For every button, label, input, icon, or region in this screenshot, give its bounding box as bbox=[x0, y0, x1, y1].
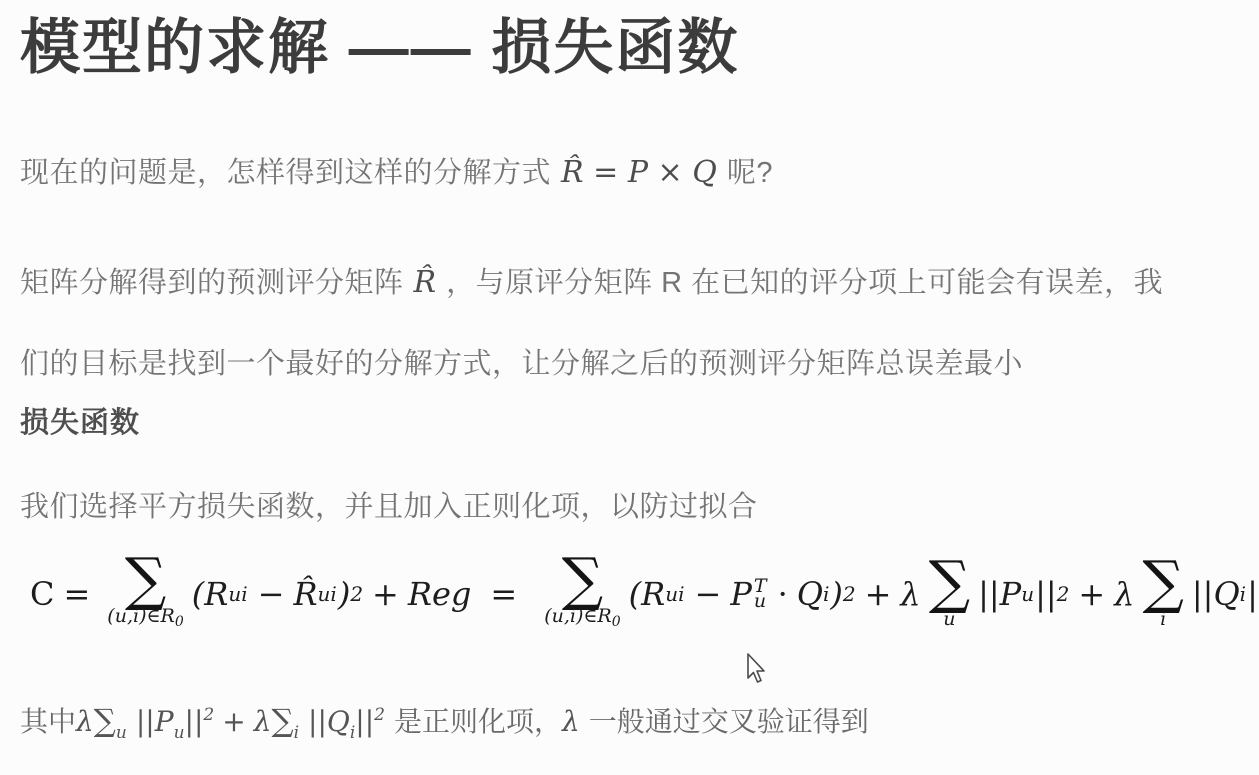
math-token-plus: + bbox=[372, 575, 399, 613]
math-token-C: C bbox=[30, 575, 54, 613]
paragraph-loss-choice: 我们选择平方损失函数，并且加入正则化项，以防过拟合 bbox=[20, 484, 758, 525]
math-token-minus: − bbox=[258, 575, 285, 613]
limit-subscript: 0 bbox=[612, 614, 621, 630]
math-token-plus: + bbox=[1078, 575, 1105, 613]
math-subscript-u: u bbox=[754, 594, 766, 609]
paragraph-question: 现在的问题是，怎样得到这样的分解方式R̂ = P × Q呢? bbox=[20, 150, 773, 191]
paragraph-explanation-part3: 们的目标是找到一个最好的分解方式，让分解之后的预测评分矩阵总误差最小 bbox=[20, 348, 1023, 380]
math-superscript-2: 2 bbox=[1057, 582, 1070, 606]
math-token-lambda: λ bbox=[562, 705, 580, 738]
sigma-icon: ∑ bbox=[562, 554, 603, 604]
math-token-normP: ||P bbox=[978, 575, 1021, 613]
math-token-P: P bbox=[730, 575, 752, 613]
math-token-equals: = bbox=[63, 575, 90, 613]
mouse-cursor-icon bbox=[744, 652, 768, 686]
math-token-close: ) bbox=[830, 575, 842, 613]
math-subscript-i: i bbox=[1240, 582, 1246, 606]
math-token-normclose: || bbox=[355, 705, 374, 738]
limit-base: (u,i)∈R bbox=[107, 605, 175, 627]
sigma-icon: ∑ bbox=[271, 703, 293, 739]
inline-formula-rpq: R̂ = P × Q bbox=[561, 155, 717, 190]
note-text: 其中 bbox=[20, 706, 76, 737]
math-subscript-u: u bbox=[1021, 582, 1034, 606]
math-superscript-2: 2 bbox=[374, 705, 385, 725]
math-superscript-2: 2 bbox=[843, 582, 856, 606]
paragraph-explanation: 矩阵分解得到的预测评分矩阵R̂，与原评分矩阵 R 在已知的评分项上可能会有误差，… bbox=[20, 242, 1252, 405]
math-token-lambda: λ bbox=[76, 705, 94, 738]
math-supsub-P: Tu bbox=[754, 579, 767, 609]
sigma-icon: ∑ bbox=[1142, 557, 1183, 607]
loss-formula: C = ∑ (u,i)∈R0 (Rui − R̂ui )2 + Reg = ∑ … bbox=[30, 554, 1259, 633]
math-token-openR: (R bbox=[629, 575, 666, 613]
math-token-lambda: λ bbox=[1114, 575, 1134, 613]
math-token-lambda: λ bbox=[900, 575, 920, 613]
slide-title: 模型的求解 —— 损失函数 bbox=[20, 8, 739, 88]
summation-3-limit: u bbox=[943, 608, 955, 630]
math-subscript-ui: ui bbox=[318, 582, 337, 606]
math-subscript-i: i bbox=[294, 723, 299, 743]
summation-3: ∑ u bbox=[929, 557, 970, 630]
math-token-Q: Q bbox=[797, 575, 823, 613]
sigma-icon: ∑ bbox=[929, 557, 970, 607]
note-text: 是正则化项， bbox=[394, 706, 562, 737]
math-token-normclose: || bbox=[1035, 575, 1057, 613]
math-subscript-ui: ui bbox=[228, 582, 247, 606]
paragraph-question-text: 现在的问题是，怎样得到这样的分解方式 bbox=[20, 157, 551, 189]
paragraph-explanation-part2: ，与原评分矩阵 R 在已知的评分项上可能会有误差，我 bbox=[446, 267, 1163, 299]
slide-canvas: 模型的求解 —— 损失函数 现在的问题是，怎样得到这样的分解方式R̂ = P ×… bbox=[0, 0, 1259, 775]
math-token-normQ: ||Q bbox=[1192, 575, 1240, 613]
math-superscript-2: 2 bbox=[203, 705, 214, 725]
math-token-reg: Reg bbox=[408, 575, 472, 613]
sigma-icon: ∑ bbox=[125, 554, 166, 604]
math-token-close: ) bbox=[338, 575, 350, 613]
summation-4-limit: i bbox=[1160, 608, 1166, 630]
math-token-openR: (R bbox=[192, 575, 229, 613]
math-token-equals: = bbox=[490, 575, 517, 613]
math-token-Rhat: R̂ bbox=[293, 575, 317, 613]
inline-r-hat: R̂ bbox=[414, 265, 437, 300]
summation-1-limit: (u,i)∈R0 bbox=[107, 605, 183, 633]
paragraph-regularization-note: 其中λ∑u||Pu||2+λ∑i||Qi||2是正则化项，λ一般通过交叉验证得到 bbox=[20, 700, 869, 743]
summation-2-limit: (u,i)∈R0 bbox=[544, 605, 620, 633]
math-subscript-u: u bbox=[174, 723, 185, 743]
math-superscript-2: 2 bbox=[350, 582, 363, 606]
math-token-normQ: ||Q bbox=[308, 705, 350, 738]
sigma-icon: ∑ bbox=[94, 703, 116, 739]
math-token-lambda: λ bbox=[254, 705, 272, 738]
math-token-plus: + bbox=[865, 575, 892, 613]
limit-subscript: 0 bbox=[175, 614, 184, 630]
math-subscript-i: i bbox=[823, 582, 829, 606]
math-token-normclose: || bbox=[185, 705, 204, 738]
section-heading-loss-function: 损失函数 bbox=[20, 400, 140, 441]
summation-4: ∑ i bbox=[1142, 557, 1183, 630]
math-token-plus: + bbox=[222, 705, 245, 738]
summation-1: ∑ (u,i)∈R0 bbox=[107, 554, 183, 633]
note-text: 一般通过交叉验证得到 bbox=[589, 706, 869, 737]
math-token-cdot: · bbox=[778, 575, 788, 613]
math-subscript-ui: ui bbox=[665, 582, 684, 606]
summation-2: ∑ (u,i)∈R0 bbox=[544, 554, 620, 633]
math-token-normclose: || bbox=[1247, 575, 1259, 613]
math-token-normP: ||P bbox=[136, 705, 174, 738]
math-subscript-u: u bbox=[116, 723, 127, 743]
paragraph-explanation-part1: 矩阵分解得到的预测评分矩阵 bbox=[20, 267, 404, 299]
paragraph-question-suffix: 呢? bbox=[727, 157, 773, 189]
math-token-minus: − bbox=[695, 575, 722, 613]
limit-base: (u,i)∈R bbox=[544, 605, 612, 627]
